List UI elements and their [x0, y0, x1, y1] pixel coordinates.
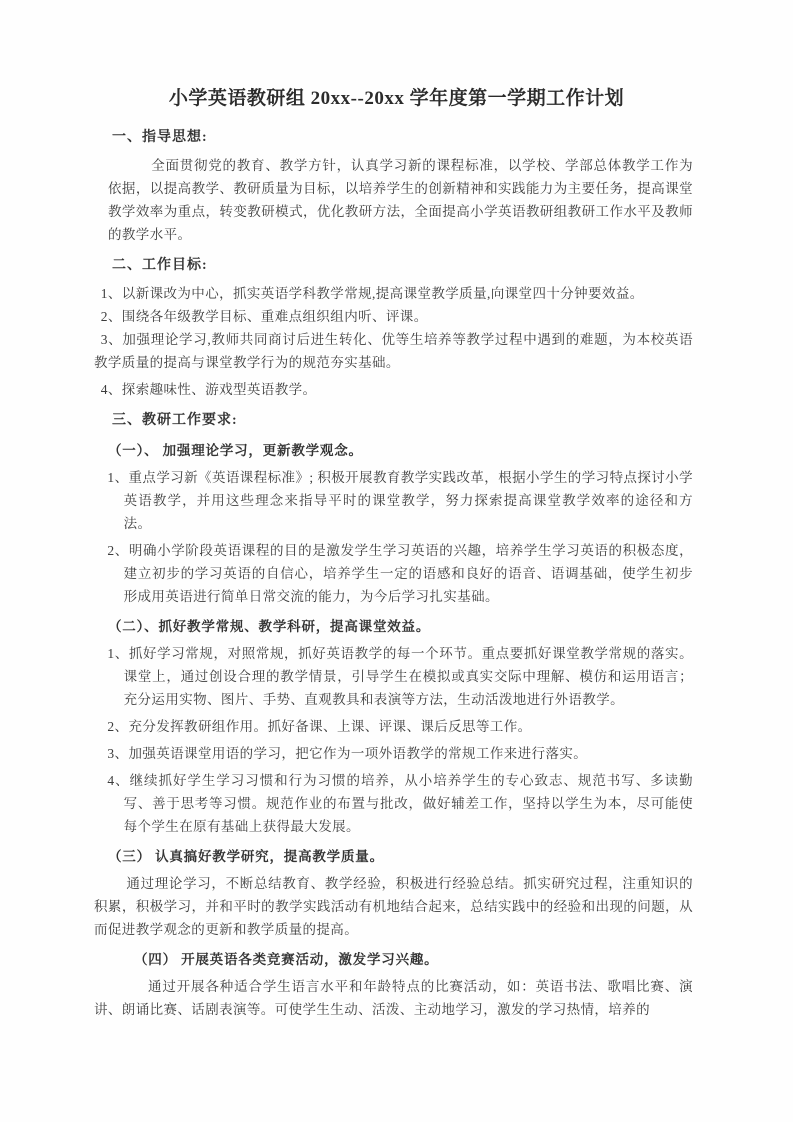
section-guiding-ideology: 一、指导思想: 全面贯彻党的教育、教学方针，认真学习新的课程标准，以学校、学部总… — [100, 126, 693, 246]
section-heading-work-goals: 二、工作目标: — [112, 254, 693, 277]
list-item: 2、围绕各年级教学目标、重难点组织组内听、评课。 — [94, 305, 693, 328]
paragraph: 通过开展各种适合学生语言水平和年龄特点的比赛活动，如：英语书法、歌唱比赛、演讲、… — [94, 975, 693, 1021]
list-item: 4、继续抓好学生学习习惯和行为习惯的培养，从小培养学生的专心致志、规范书写、多读… — [102, 769, 693, 838]
document-page: 小学英语教研组 20xx--20xx 学年度第一学期工作计划 一、指导思想: 全… — [0, 0, 793, 1122]
section-work-goals: 二、工作目标: 1、以新课改为中心，抓实英语学科教学常规,提高课堂教学质量,向课… — [100, 254, 693, 401]
list-item: 1、重点学习新《英语课程标准》; 积极开展教育教学实践改革，根据小学生的学习特点… — [102, 466, 693, 535]
list-item: 4、探索趣味性、游戏型英语教学。 — [94, 378, 693, 401]
subsection-heading-teaching-research: （三） 认真搞好教学研究，提高教学质量。 — [108, 845, 693, 868]
section-research-requirements: 三、教研工作要求: （一）、 加强理论学习，更新教学观念。 1、重点学习新《英语… — [100, 409, 693, 1021]
subsection-heading-competitions: （四） 开展英语各类竞赛活动，激发学习兴趣。 — [134, 948, 693, 971]
section-heading-research-requirements: 三、教研工作要求: — [112, 409, 693, 432]
list-item: 1、以新课改为中心，抓实英语学科教学常规,提高课堂教学质量,向课堂四十分钟要效益… — [94, 282, 693, 305]
list-item: 1、抓好学习常规，对照常规，抓好英语教学的每一个环节。重点要抓好课堂教学常规的落… — [102, 642, 693, 711]
list-item: 3、加强理论学习,教师共同商讨后进生转化、优等生培养等教学过程中遇到的难题，为本… — [94, 328, 693, 374]
list-item: 2、明确小学阶段英语课程的目的是激发学生学习英语的兴趣，培养学生学习英语的积极态… — [102, 539, 693, 608]
paragraph: 全面贯彻党的教育、教学方针，认真学习新的课程标准，以学校、学部总体教学工作为依据… — [108, 154, 693, 246]
subsection-heading-theory-study: （一）、 加强理论学习，更新教学观念。 — [108, 439, 693, 462]
document-title: 小学英语教研组 20xx--20xx 学年度第一学期工作计划 — [100, 86, 693, 112]
section-heading-guiding-ideology: 一、指导思想: — [112, 126, 693, 149]
list-item: 2、充分发挥教研组作用。抓好备课、上课、评课、课后反思等工作。 — [102, 715, 693, 738]
paragraph: 通过理论学习，不断总结教育、教学经验，积极进行经验总结。抓实研究过程，注重知识的… — [94, 872, 693, 941]
subsection-heading-teaching-routine: （二）、抓好教学常规、教学科研，提高课堂效益。 — [108, 615, 693, 638]
list-item: 3、加强英语课堂用语的学习，把它作为一项外语教学的常规工作来进行落实。 — [102, 742, 693, 765]
